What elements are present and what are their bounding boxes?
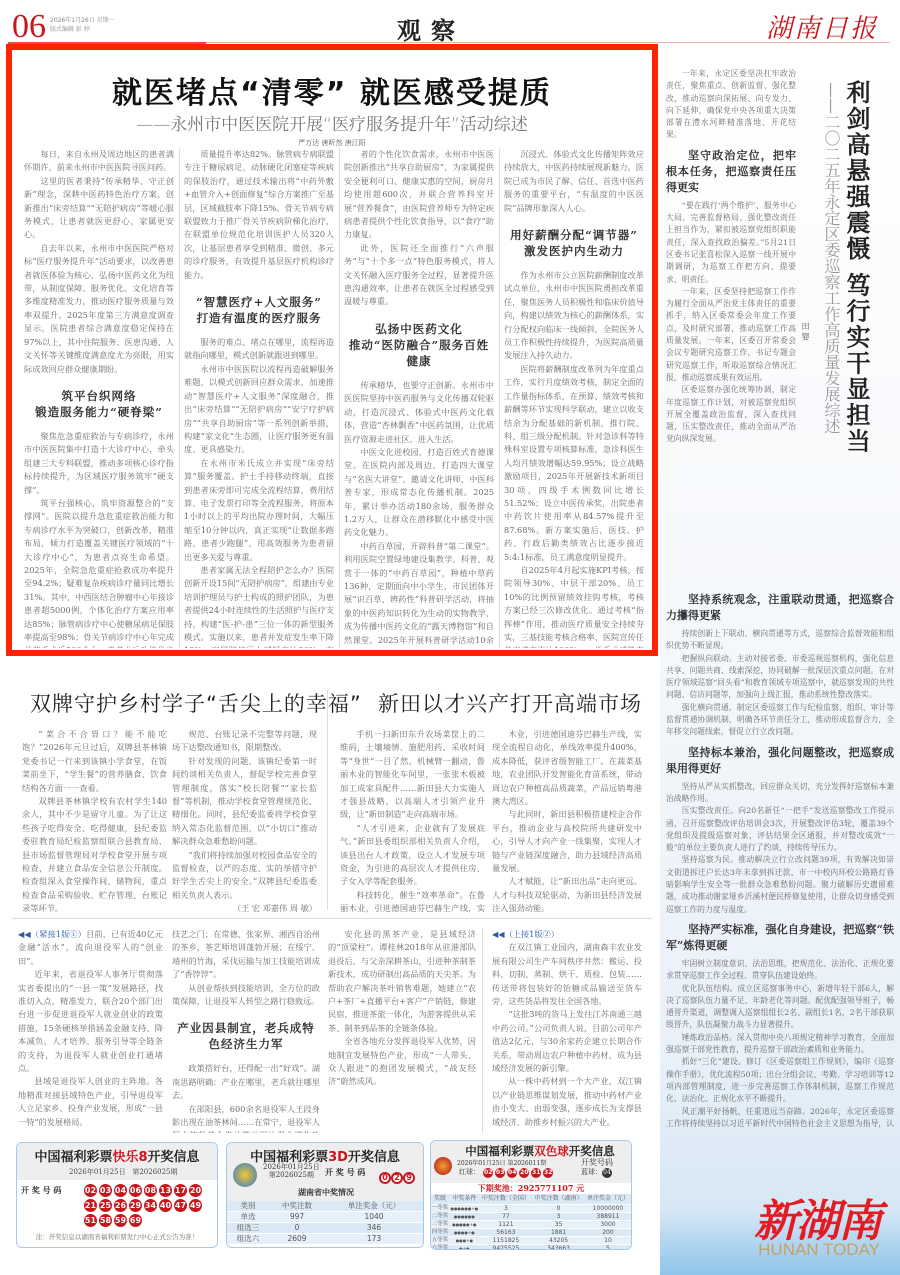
- jump-in-link[interactable]: ◀◀（上接1版②）: [492, 928, 642, 941]
- paragraph: 在邵阳县，600余名退役军人王段身影出现在油茶林间……在常宁，退役军人领办的种养…: [172, 1103, 320, 1133]
- lottery-note: 注：开奖信息以湖南省福利彩票发行中心正式公告为准！: [227, 1247, 423, 1248]
- paragraph: 技艺之门；在常德、张家界、湘西自治州的茶乡，茶艺师培训蓬勃开展；在绥宁、靖州的竹…: [172, 928, 320, 982]
- section-heading: 产业因县制宜，老兵成特色经济生力军: [172, 1020, 320, 1052]
- lottery-ssq-table: 奖级中奖条件中奖注数（全国）中奖注数（湖南）单注奖金（元） 一等奖●●●●●●+…: [431, 1194, 631, 1250]
- page-number: 06: [12, 12, 46, 42]
- paragraph: 患者家属无法全程陪护怎么办？医院创新开设15间“无陪护病房”，组建由专业培训护理…: [184, 564, 334, 648]
- section-heading: 坚持标本兼治，强化问题整改，把巡察成果用得更好: [666, 745, 894, 777]
- paragraph: 安化县的黑茶产业，是县域经济的“顶梁柱”。谭桂林2018年从驻港部队退役后，与父…: [328, 928, 476, 1035]
- column-divider: [327, 690, 328, 910]
- xintian-column-1: 手机一扫新田东升农场菜筐上的二维码，土壤墒情、施肥用药、采收时间等“身世”一目了…: [340, 728, 485, 913]
- paragraph: 聚焦危急重症救治与专病诊疗，永州市中医医院集中打造十大诊疗中心，牵头组建三大专科…: [24, 430, 174, 497]
- veterans-column-2: 技艺之门；在常德、张家界、湘西自治州的茶乡，茶艺师培训蓬勃开展；在绥宁、靖州的竹…: [172, 928, 320, 1133]
- paragraph: 自2025年4月起实施KPI考核，按院领导30%、中层干部20%、员工10%的比…: [504, 564, 644, 648]
- issue-date: 2026年1月26日 星期一: [50, 16, 115, 25]
- paragraph: 在双江镇工业园内，湖南森丰农业发展有限公司生产车间秩序井然：搬运、投料、切制、蒸…: [492, 941, 642, 1008]
- right-author: 田 婴: [800, 322, 811, 341]
- paragraph: “人才引进来，企业就有了发展底气。”新田县委组织部相关负责人介绍，该县出台人才政…: [340, 822, 485, 889]
- lottery-3d-panel: 中国福利彩票3D开奖信息 2026年01月25日第2026025期 开 奖 号 …: [226, 1142, 424, 1248]
- paragraph: 风正潮平好扬帆，任重道远当奋蹄。2026年，永定区委巡察工作将持续坚持以习近平新…: [666, 1106, 894, 1131]
- xintian-column-2: 木业，引进德国迪芬巴赫生产线，实现全流程自动化，单线效率提升400%，成本降低，…: [492, 728, 642, 913]
- column-divider: [499, 148, 500, 648]
- lottery-ssq-red: 红球： 020304203132: [459, 1167, 554, 1179]
- feature-byline: 严万达 唐昕然 唐江阳: [12, 138, 652, 148]
- paragraph: 人才赋能，让“新田出品”走向更远。人才与科技双轮驱动，为新田县经济发展注入强劲动…: [492, 875, 642, 913]
- watermark-english: HUNAN TODAY: [758, 1240, 880, 1260]
- feature-subtitle: ——永州市中医医院开展“医疗服务提升年”活动综述: [12, 110, 652, 135]
- table-row: 组选三0346: [227, 1223, 423, 1234]
- paragraph: 科技转化，催生“效率革命”。在鲁丽木业，引进德国迪芬巴赫生产线，实现全流程自动化…: [340, 889, 485, 913]
- paragraph: 针对发现的问题，该镇纪委第一时间约谈相关负责人，督促学校完善食堂管理制度，落实“…: [172, 755, 317, 849]
- shuangpai-column-2: 规范、台账记录不完整等问题，现场下达整改通知书，限期整改。 针对发现的问题，该镇…: [172, 728, 317, 913]
- paragraph: 县域是退役军人创业的主阵地。各地精准对接县域特色产业，引导退役军人立足家乡、投身…: [18, 1075, 163, 1129]
- page-meta: 2026年1月26日 星期一 版式编辑 彭 婷: [50, 16, 115, 34]
- table-row: 组选六2609173: [227, 1234, 423, 1245]
- paragraph: “我们将持续加强对校园食品安全的监督检查，以严的态度、实的举措守护好学生舌尖上的…: [172, 849, 317, 903]
- right-column-text-bottom: 坚持系统观念，注重联动贯通，把巡察合力攥得更紧 持续创新上下联动、横向贯通等方式…: [666, 470, 894, 1130]
- lottery-3d-title: 中国福利彩票3D开奖信息: [227, 1143, 423, 1165]
- lottery-ssq-panel: 中国福利彩票双色球开奖信息 2026年01月25日 第2026011期 开奖号码…: [430, 1140, 632, 1250]
- paragraph: 与此同时，新田县积极搭建校企合作平台，推动企业与高校院所共建研发中心，引导人才向…: [492, 808, 642, 875]
- paragraph: 筑平台强核心，筑牢资源整合的“支撑网”。医院以提升急危重症救治能力和专病诊疗水平…: [24, 497, 174, 648]
- column-divider: [339, 148, 340, 648]
- lottery-kl8-panel: 中国福利彩票快乐8开奖信息 2026年01月25日 第2026025期 开 奖 …: [16, 1142, 218, 1248]
- paragraph: 压实整改责任。向20名新任“一把手”发送巡察整改工作提示函，召开巡察整改评估培训…: [666, 805, 894, 854]
- section-heading: “智慧医疗+人文服务” 打造有温度的医疗服务: [184, 294, 334, 326]
- header-rule: [206, 42, 890, 43]
- section-heading: 坚持系统观念，注重联动贯通，把巡察合力攥得更紧: [666, 592, 894, 624]
- paragraph: 牢固树立制度意识、法治思维，把规范化、法治化、正规化要求贯穿巡察工作全过程、贯穿…: [666, 958, 894, 983]
- paragraph: “这批3吨的货马上发往江苏南通三越中药公司。”公司负责人说，目前公司年产值达2亿…: [492, 1008, 642, 1075]
- page-header: 06 2026年1月26日 星期一 版式编辑 彭 婷 观察 湖南日报: [0, 0, 900, 44]
- paragraph: 质量提升率达82%。脉管病专病联盟专注于糖尿病足、动脉硬化闭塞症等疾病的保肢治疗…: [184, 148, 334, 282]
- paragraph: 优化队伍结构。成立区巡察事务中心，新增年轻干部6人，解决了巡察队伍力量不足、年龄…: [666, 983, 894, 1032]
- lottery-note: 注：开奖信息以湖南省福利彩票发行中心正式公告为准！: [17, 1232, 217, 1241]
- 3d-logo-icon: [233, 1163, 257, 1187]
- paragraph: 永州市中医医院以流程再造破解服务难题，以模式创新回应群众需求，加速推动“智慧医疗…: [184, 363, 334, 457]
- paragraph: 规范、台账记录不完整等问题，现场下达整改通知书，限期整改。: [172, 728, 317, 755]
- paragraph: 一年来，区委坚持把巡察工作作为履行全面从严治党主体责任的重要抓手，纳入区委常委会…: [666, 286, 796, 384]
- section-title: 观察: [397, 11, 465, 46]
- paragraph: 一年来，永定区委坚决扛牢政治责任，聚焦重点、创新监督、强化整改，推动巡察向深拓展…: [666, 68, 796, 142]
- lottery-kl8-numbers: 开 奖 号 码 02030406081317202125262934404749…: [17, 1180, 217, 1228]
- paragraph: 作为永州市公立医院薪酬制度改革试点单位，永州市中医医院勇担改革重任，聚焦医务人员…: [504, 269, 644, 363]
- column-divider: [179, 148, 180, 648]
- table-row: 三等奖●●●●●+●1121353000: [431, 1221, 631, 1229]
- author-credit: （王 宏 邓嘉伟 周 敏）: [172, 902, 317, 913]
- paragraph: 在永州市米氏成立并实现“床旁结算”服务覆盖。护士手持移动终端，直接到患者床旁即可…: [184, 457, 334, 564]
- paragraph: 锤炼政治品格。深入贯彻中央八项规定精神学习教育，全面加强巡察干部党性教育，提升巡…: [666, 1032, 894, 1057]
- story-title-shuangpai: 双牌守护乡村学子“舌尖上的幸福”: [30, 688, 362, 718]
- paragraph: 坚持巡察为民。推动解决立行立改问题39项，有效解决如崇文街道拆迁户长达3年未拿到…: [666, 854, 894, 915]
- feature-column-2: 质量提升率达82%。脉管病专病联盟专注于糖尿病足、动脉硬化闭塞症等疾病的保肢治疗…: [184, 148, 334, 648]
- feature-column-4: 沉浸式、体验式文化传播矩阵效应持续放大，中医药持续展现新魅力。医院已成为市民了解…: [504, 148, 644, 648]
- feature-title: 就医堵点“清零” 就医感受提质: [12, 68, 652, 112]
- paragraph: 近年来，省退役军人事务厅贯彻落实省委提出的“一县一策”发展路径，找准切入点，精准…: [18, 968, 163, 1075]
- paragraph: 木业，引进德国迪芬巴赫生产线，实现全流程自动化，单线效率提升400%，成本降低，…: [492, 728, 642, 808]
- table-row: 一等奖●●●●●●+●3010000000: [431, 1205, 631, 1213]
- shuangpai-column-1: “菜合不合胃口？能不能吃饱？”2026年元旦过后，双牌县茶林镇党委书记一行来到该…: [22, 728, 167, 913]
- lottery-ssq-pool: 下期奖池：2925771107 元: [431, 1183, 631, 1194]
- paragraph: 坚持从严从实抓整改，回应群众关切，充分发挥好巡察标本兼治战略作用。: [666, 781, 894, 806]
- paragraph: “要在践行‘两个维护’、服务中心大局、完善监督格局、强化整改责任上担当作为，紧扣…: [666, 200, 796, 286]
- lottery-3d-label: 开 奖 号 码: [325, 1167, 365, 1178]
- paragraph: 强化横向贯通。制定区委巡察工作与纪检监察、组织、审计等监督贯通协调机制，明确各环…: [666, 702, 894, 739]
- veterans-column-3: 安化县的黑茶产业，是县域经济的“顶梁柱”。谭桂林2018年从驻港部队退役后，与父…: [328, 928, 476, 1133]
- table-row: 四等奖●●●●+●561631881200: [431, 1229, 631, 1237]
- section-heading: 坚守政治定位，把牢根本任务，把巡察责任压得更实: [666, 148, 796, 196]
- paragraph: 这里的医者秉持“传承精华、守正创新”理念，深耕中医药特色治疗方案，创新推出“床旁…: [24, 175, 174, 242]
- veterans-column-1: ◀◀（紧接1版①）目前，已有近40亿元金融“活水”，流向退役军人的“创业田”。 …: [18, 928, 163, 1133]
- table-row: 六等奖●+●94755253436635: [431, 1245, 631, 1251]
- paragraph: 政策搭好台，还得配一出“好戏”。湖南思路明确：产业在哪里，老兵就往哪里去。: [172, 1062, 320, 1102]
- paragraph: 中药百草园，开辟科普“第二课堂”。利用医院空置绿地建设集教学、科普、观赏于一体的…: [344, 540, 494, 648]
- table-row: 二等奖●●●●●●773388911: [431, 1213, 631, 1221]
- section-heading: 筑平台织网络 锻造服务能力“硬脊梁”: [24, 388, 174, 420]
- ssq-logo-icon: [434, 1157, 452, 1175]
- paragraph: 沉浸式、体验式文化传播矩阵效应持续放大，中医药持续展现新魅力。医院已成为市民了解…: [504, 148, 644, 215]
- editor-credit: 版式编辑 彭 婷: [50, 25, 115, 34]
- paragraph: 从创业帮扶到技能培训，全方位的政策保障，让退役军人转型之路行稳致远。: [172, 982, 320, 1009]
- column-divider: [482, 928, 483, 1133]
- paragraph: 此外，医院还全面推行“六声服务”与“十个多一点”特色服务模式，将人文关怀融入医疗…: [344, 242, 494, 309]
- paragraph: 全省各地充分发挥退役军人优势，因地制宜发展特色产业，形成“一人带头、众人跟进”的…: [328, 1035, 476, 1089]
- right-headline: 利剑高悬强震慑 笃行实干显担当: [843, 80, 869, 500]
- section-divider: [12, 918, 652, 919]
- table-row: 单选9971040: [227, 1212, 423, 1223]
- lottery-3d-table: 类别中奖注数单注奖金（元） 单选9971040 组选三0346 组选六26091…: [227, 1201, 423, 1245]
- lottery-ssq-blue: 蓝球：04: [581, 1167, 612, 1178]
- lottery-3d-date: 2026年01月25日第2026025期: [263, 1163, 320, 1179]
- lottery-3d-numbers: 029: [379, 1165, 415, 1184]
- lottery-kl8-title: 中国福利彩票快乐8开奖信息: [17, 1143, 217, 1165]
- lottery-3d-header: 中国福利彩票3D开奖信息 2026年01月25日第2026025期 开 奖 号 …: [227, 1143, 423, 1201]
- lottery-ssq-date: 2026年01月25日 第2026011期: [457, 1158, 546, 1167]
- jiangyong-column: ◀◀（上接1版②） 在双江镇工业园内，湖南森丰农业发展有限公司生产车间秩序井然：…: [492, 928, 642, 1133]
- right-subhead: ——二〇二五年永定区委巡察工作高质量发展综述: [820, 82, 843, 482]
- feature-column-3: 者的个性化饮食需求，永州市中医医院创新推出“共享自助厨房”，为家属提供安全便利可…: [344, 148, 494, 648]
- table-row: 五等奖●●●+●11518254320510: [431, 1237, 631, 1245]
- lottery-ssq-header: 中国福利彩票双色球开奖信息 2026年01月25日 第2026011期 开奖号码…: [431, 1141, 631, 1183]
- paragraph: 把握纵向联动。主动对接省委、市委巡视巡察机构，强化信息共享、问题共商、线索深挖，…: [666, 653, 894, 702]
- paragraph: 区委巡察办强化统筹协调，制定年度巡察工作计划，对被巡察党组织开展全覆盖政治监督，…: [666, 384, 796, 445]
- paragraph: “菜合不合胃口？能不能吃饱？”2026年元旦过后，双牌县茶林镇党委书记一行来到该…: [22, 728, 167, 795]
- feature-column-1: 每日，来自永州及周边地区的患者满怀期许，前来永州市中医医院寻医问药。 这里的医者…: [24, 148, 174, 648]
- jump-in-link[interactable]: ◀◀（紧接1版①）: [18, 929, 86, 939]
- paragraph: 每日，来自永州及周边地区的患者满怀期许，前来永州市中医医院寻医问药。: [24, 148, 174, 175]
- lottery-kl8-date: 2026年01月25日 第2026025期: [17, 1165, 217, 1180]
- feature-article: 就医堵点“清零” 就医感受提质 ——永州市中医医院开展“医疗服务提升年”活动综述…: [6, 44, 658, 656]
- paragraph: 医院将薪酬制度改革列为年度重点工作，实行月度绩效考核，制定全面的工作量指标体系，…: [504, 363, 644, 564]
- paragraph: 自去年以来，永州市中医医院严格对标“医疗服务提升年”活动要求，以改善患者就医体验…: [24, 242, 174, 376]
- section-heading: 用好薪酬分配“调节器” 激发医护内生动力: [504, 227, 644, 259]
- paragraph: 从一株中药材到一个大产业，双江镇以产业链思维谋划发展，推动中药材产业由小变大、由…: [492, 1075, 642, 1129]
- lottery-3d-province-title: 湖南省中奖情况: [227, 1187, 424, 1198]
- paragraph: 服务的难点、堵点在哪里，流程再造就指向哪里，模式创新就跟进到哪里。: [184, 336, 334, 363]
- section-heading: 弘扬中医药文化 推动“医防融合”服务百姓健康: [344, 321, 494, 369]
- paragraph: 抓好“三化”建设。修订《区委巡察组工作规则》，编印《巡察操作手册》，优化流程50…: [666, 1056, 894, 1105]
- paragraph: 者的个性化饮食需求，永州市中医医院创新推出“共享自助厨房”，为家属提供安全便利可…: [344, 148, 494, 242]
- section-heading: 坚持严实标准，强化自身建设，把巡察“铁军”炼得更硬: [666, 922, 894, 954]
- paragraph: 双牌县茶林镇学校有农村学生140余人，其中不少是留守儿童。为了让这些孩子吃得安全…: [22, 795, 167, 913]
- story-title-xintian: 新田以才兴产打开高端市场: [378, 688, 642, 718]
- paragraph: 持续创新上下联动、横向贯通等方式，巡察综合监督效能和组织优势不断显现。: [666, 628, 894, 653]
- paragraph: 中医文化进校园，打造百姓式育德课堂。在医院内部及周边，打造四大课堂与“名医大讲堂…: [344, 446, 494, 540]
- newspaper-logo: 湖南日报: [766, 8, 878, 45]
- paragraph: 传承精华，也要守正创新。永州市中医医院坚持中医药服务与文化传播双轮驱动，打造沉浸…: [344, 379, 494, 446]
- paragraph: 手机一扫新田东升农场菜筐上的二维码，土壤墒情、施肥用药、采收时间等“身世”一目了…: [340, 728, 485, 822]
- right-column-article: 利剑高悬强震慑 笃行实干显担当 ——二〇二五年永定区委巡察工作高质量发展综述 田…: [660, 60, 900, 1275]
